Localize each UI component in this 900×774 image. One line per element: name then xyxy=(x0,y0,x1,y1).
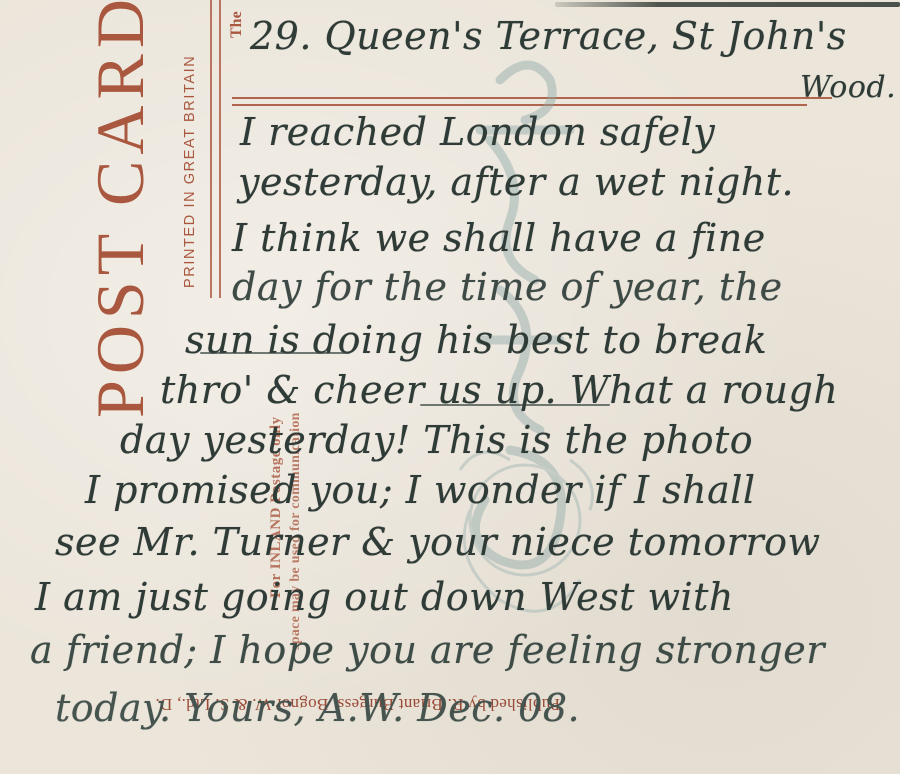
handwritten-line: day yesterday! This is the photo xyxy=(120,418,753,462)
handwritten-line: sun is doing his best to break xyxy=(185,318,767,362)
printed-in-label: PRINTED IN GREAT BRITAIN xyxy=(182,55,198,288)
the-label: The xyxy=(228,11,246,38)
divider-line xyxy=(219,0,221,298)
handwritten-line: I promised you; I wonder if I shall xyxy=(85,468,756,512)
divider-line xyxy=(210,0,212,298)
handwritten-line: I am just going out down West with xyxy=(35,575,734,619)
handwritten-line: see Mr. Turner & your niece tomorrow xyxy=(55,520,821,564)
handwritten-signature-line: today. Yours, A.W. Dec. 08. xyxy=(55,686,580,730)
ink-underline xyxy=(420,404,610,406)
ink-underline xyxy=(200,352,350,354)
post-card-heading: POST CARD xyxy=(86,0,154,418)
handwritten-line: day for the time of year, the xyxy=(232,265,783,309)
handwritten-line: a friend; I hope you are feeling stronge… xyxy=(30,628,825,672)
handwritten-address: 29. Queen's Terrace, St John's xyxy=(250,14,847,58)
handwritten-line: I reached London safely xyxy=(240,110,715,154)
handwritten-line: I think we shall have a fine xyxy=(232,216,766,260)
postcard-back: POST CARD PRINTED IN GREAT BRITAIN The F… xyxy=(0,0,900,774)
handwritten-line: yesterday, after a wet night. xyxy=(238,160,794,204)
card-top-edge xyxy=(555,2,900,7)
handwritten-address-cont: Wood. xyxy=(800,70,896,105)
